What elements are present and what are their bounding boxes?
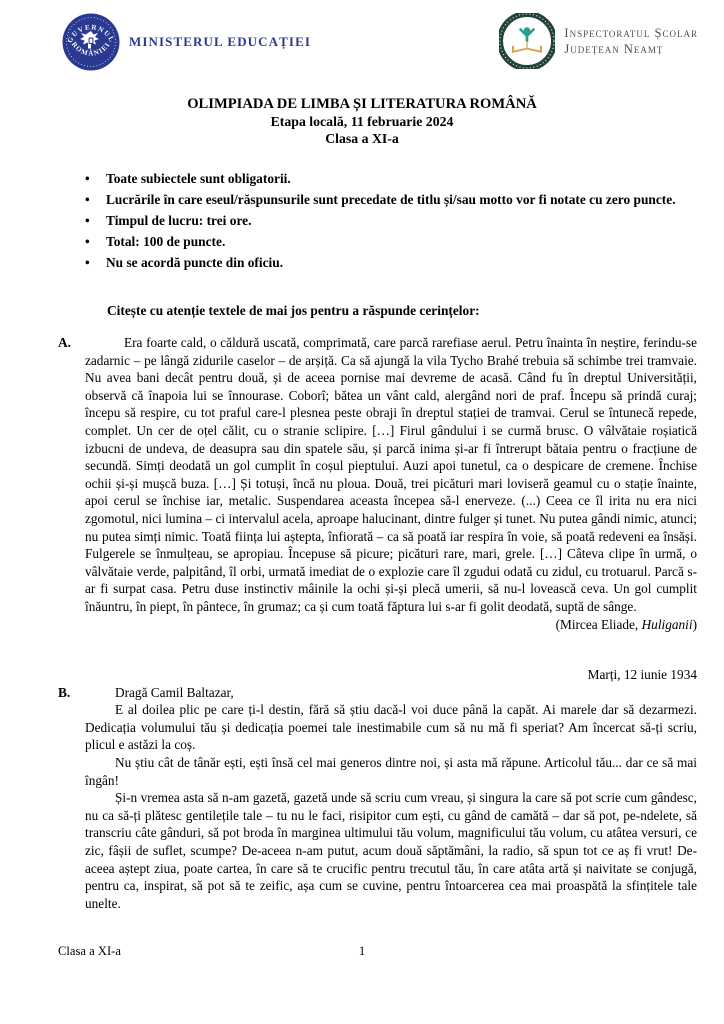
ministry-label: MINISTERUL EDUCAȚIEI [129, 34, 311, 50]
attribution-work-title: Huliganii [642, 617, 693, 632]
inspectorate-label-line2: Județean Neamț [564, 41, 698, 57]
instruction-line: Citește cu atenție textele de mai jos pe… [107, 302, 697, 319]
section-a: A. Era foarte cald, o căldură uscată, co… [58, 334, 697, 633]
attribution-author: (Mircea Eliade, [556, 617, 642, 632]
letter-salutation: Dragă Camil Baltazar, [85, 684, 697, 702]
section-b-body: Dragă Camil Baltazar, E al doilea plic p… [85, 684, 697, 913]
rule-item: Toate subiectele sunt obligatorii. [85, 168, 698, 189]
section-b: B. Dragă Camil Baltazar, E al doilea pli… [58, 684, 697, 913]
inspectorate-brand: Inspectoratul Școlar Județean Neamț [499, 13, 698, 69]
section-a-body: Era foarte cald, o căldură uscată, compr… [85, 334, 697, 633]
inspectorate-seal-icon [499, 13, 555, 69]
letter-date: Marți, 12 iunie 1934 [58, 666, 697, 684]
rule-item: Nu se acordă puncte din oficiu. [85, 252, 698, 273]
footer-page-number: 1 [0, 944, 724, 959]
section-b-label: B. [58, 684, 85, 913]
title-line-3: Clasa a XI-a [0, 130, 724, 147]
page-header: GUVERNUL ROMÂNIEI MINISTERUL EDUCAȚIEI [0, 0, 724, 71]
document-page: GUVERNUL ROMÂNIEI MINISTERUL EDUCAȚIEI [0, 0, 724, 1024]
rules-list: Toate subiectele sunt obligatorii. Lucră… [85, 168, 698, 273]
letter-paragraph: Și-n vremea asta să n-am gazetă, gazetă … [85, 789, 697, 912]
document-title: OLIMPIADA DE LIMBA ȘI LITERATURA ROMÂNĂ … [0, 96, 724, 147]
section-a-text: Era foarte cald, o căldură uscată, compr… [85, 334, 697, 616]
letter-paragraph: E al doilea plic pe care ți-l destin, fă… [85, 701, 697, 754]
title-line-2: Etapa locală, 11 februarie 2024 [0, 113, 724, 130]
inspectorate-label-line1: Inspectoratul Școlar [564, 25, 698, 41]
rule-item: Timpul de lucru: trei ore. [85, 210, 698, 231]
rule-item: Lucrările în care eseul/răspunsurile sun… [85, 189, 698, 210]
ministry-brand: GUVERNUL ROMÂNIEI MINISTERUL EDUCAȚIEI [62, 13, 311, 71]
attribution: (Mircea Eliade, Huliganii) [85, 616, 697, 634]
section-a-label: A. [58, 334, 85, 633]
title-line-1: OLIMPIADA DE LIMBA ȘI LITERATURA ROMÂNĂ [0, 96, 724, 113]
rule-item: Total: 100 de puncte. [85, 231, 698, 252]
government-seal-icon: GUVERNUL ROMÂNIEI [62, 13, 120, 71]
letter-paragraph: Nu știu cât de tânăr ești, ești însă cel… [85, 754, 697, 789]
attribution-close: ) [693, 617, 697, 632]
inspectorate-label: Inspectoratul Școlar Județean Neamț [564, 25, 698, 57]
